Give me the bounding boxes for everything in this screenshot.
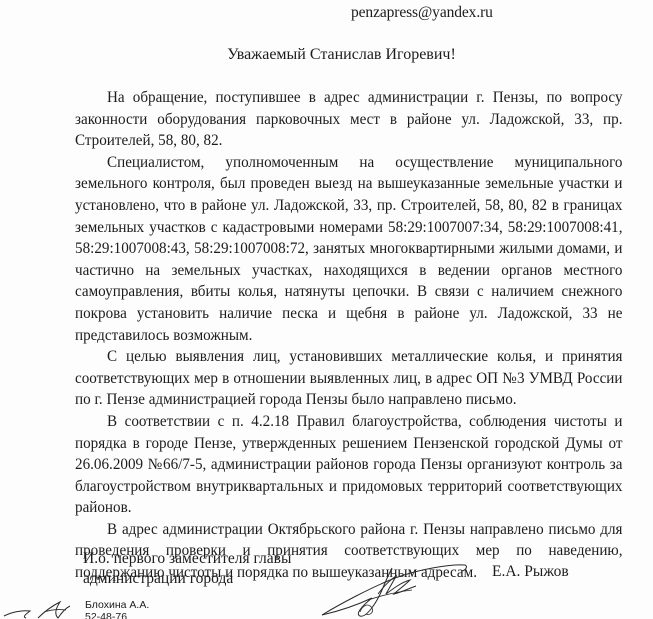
paragraph-inspection: Специалистом, уполномоченным на осуществ… xyxy=(75,152,623,346)
executor-name: Блохина А.А. xyxy=(85,599,149,611)
signatory-name: Е.А. Рыжов xyxy=(492,563,569,581)
handwritten-signature-icon xyxy=(300,560,470,619)
signatory-title-line2: администрации города xyxy=(83,569,291,589)
letter-body: На обращение, поступившее в адрес админи… xyxy=(75,87,623,584)
letter-page: penzapress@yandex.ru Уважаемый Станислав… xyxy=(0,0,653,619)
initials-mark-icon xyxy=(0,598,80,619)
paragraph-appeal: На обращение, поступившее в адрес админи… xyxy=(75,87,623,152)
signatory-title-line1: И.о. первого заместителя главы xyxy=(83,549,291,569)
paragraph-regulations: В соответствии с п. 4.2.18 Правил благоу… xyxy=(75,411,623,519)
greeting: Уважаемый Станислав Игоревич! xyxy=(0,46,653,64)
signatory-position: И.о. первого заместителя главы администр… xyxy=(83,549,291,589)
executor-phone: 52-48-76 xyxy=(85,611,149,619)
recipient-email: penzapress@yandex.ru xyxy=(351,4,493,22)
paragraph-police-letter: С целью выявления лиц, установивших мета… xyxy=(75,346,623,411)
executor-info: Блохина А.А. 52-48-76 xyxy=(85,599,149,619)
